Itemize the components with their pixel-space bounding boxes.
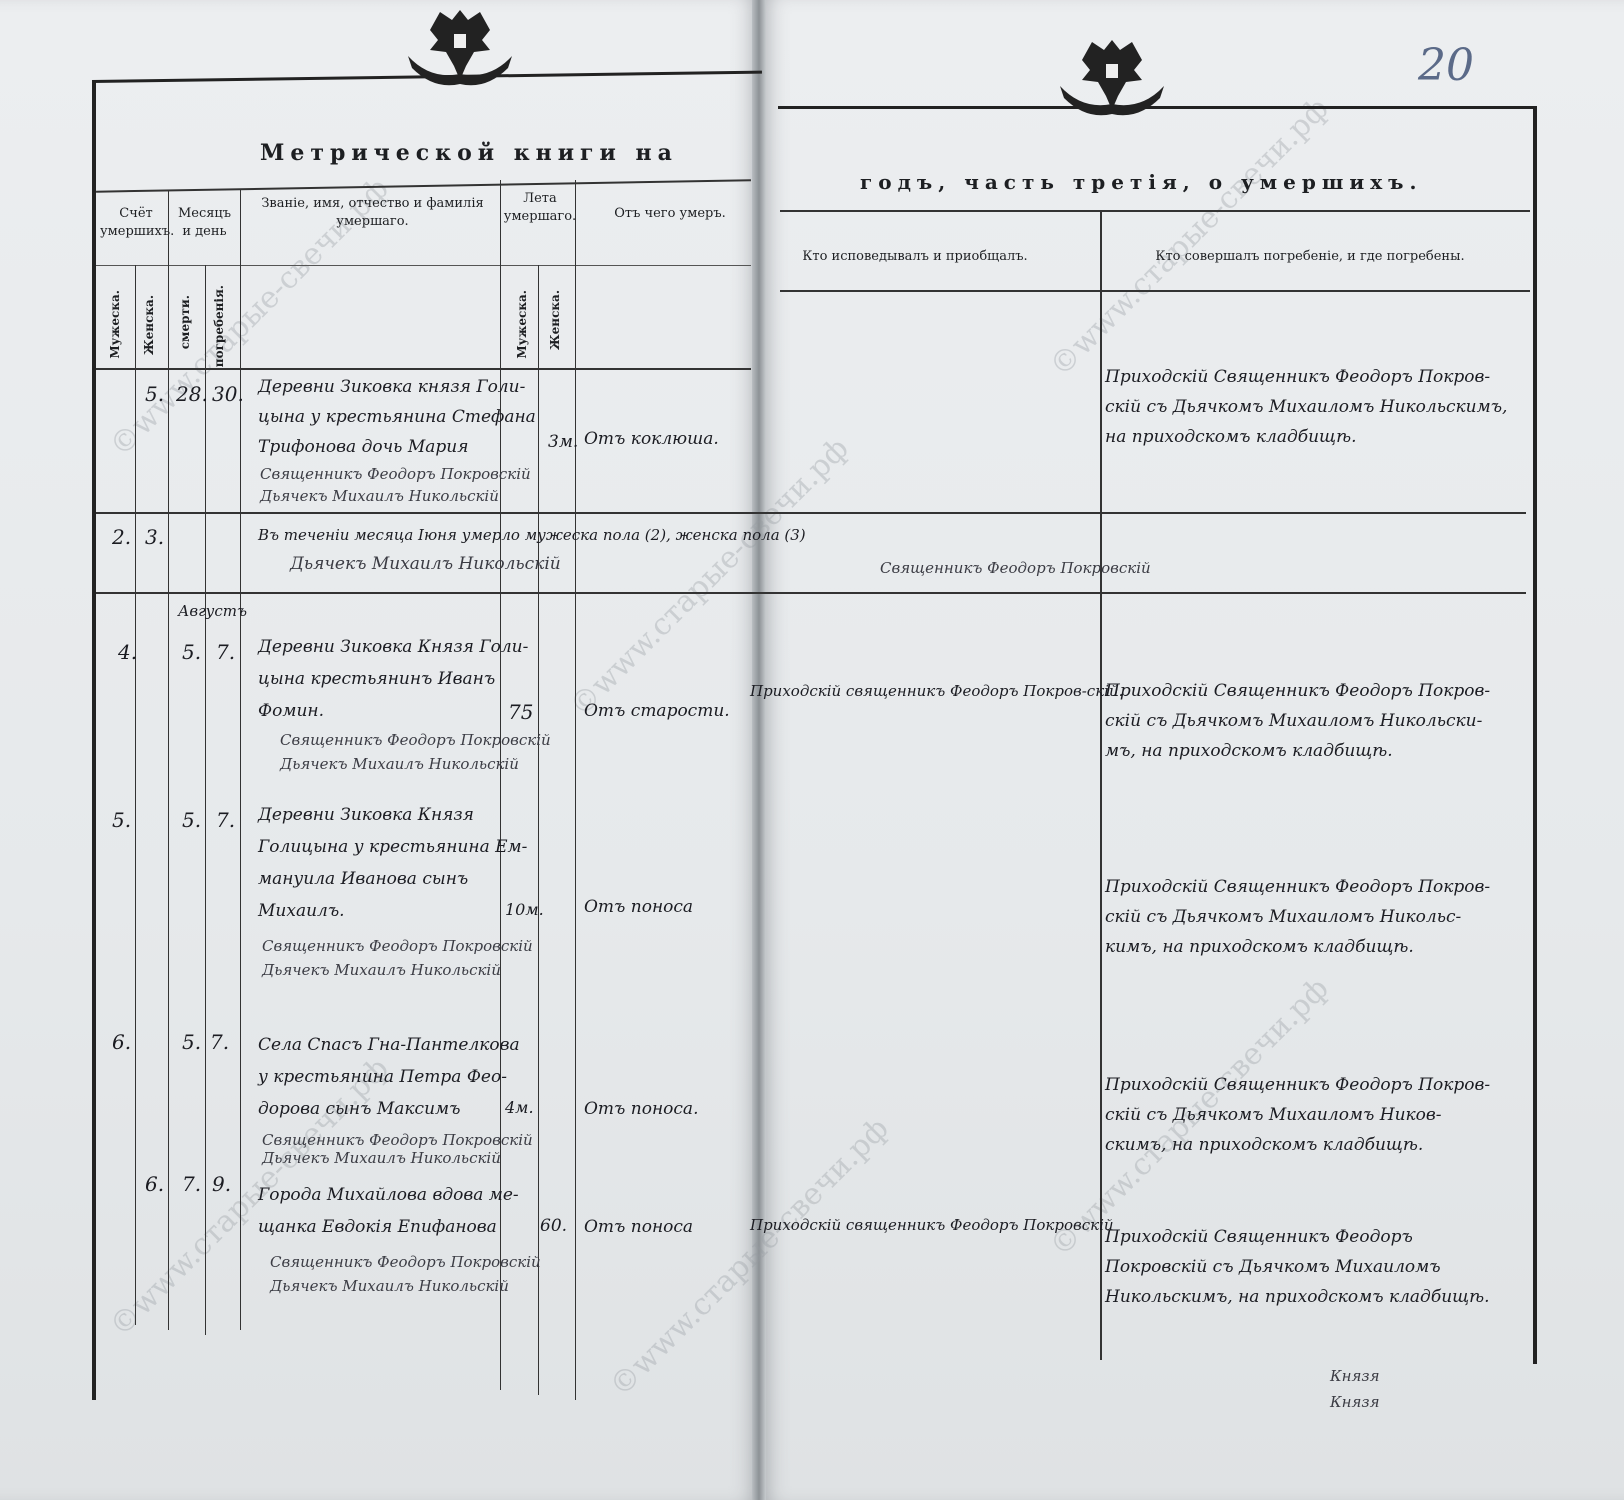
right-page-title: годъ, часть третія, о умершихъ. — [860, 170, 1422, 194]
burial-by: на приходскомъ кладбищѣ. — [1105, 422, 1356, 452]
burial-by: Никольскимъ, на приходскомъ кладбищѣ. — [1105, 1282, 1490, 1312]
signature: Дьячекъ Михаилъ Никольскій — [260, 484, 499, 508]
left-page-title: Метрической книги на — [260, 140, 678, 166]
signature: Священникъ Феодоръ Покровскій — [270, 1250, 541, 1274]
cause-of-death: Отъ коклюша. — [584, 424, 719, 454]
double-headed-eagle-emblem-icon — [1052, 30, 1172, 120]
cause-of-death: Отъ поноса — [584, 892, 693, 922]
count-female: 3. — [145, 525, 164, 549]
burial-day: 7. — [216, 808, 235, 832]
burial-by: Приходскій Священникъ Феодоръ Покров- — [1105, 362, 1490, 392]
signature: Дьячекъ Михаилъ Никольскій — [270, 1274, 509, 1298]
burial-by: Приходскій Священникъ Феодоръ Покров- — [1105, 872, 1490, 902]
deceased-name: цына у крестьянина Стефана — [258, 402, 536, 432]
margin-note: Князя — [1330, 1364, 1380, 1388]
burial-by: Приходскій Священникъ Феодоръ — [1105, 1222, 1413, 1252]
header-cause: Отъ чего умеръ. — [585, 205, 755, 223]
signature: Священникъ Феодоръ Покровскій — [262, 934, 533, 958]
deceased-name: мануила Иванова сынъ — [258, 864, 468, 894]
death-day: 7. — [182, 1172, 201, 1196]
header-age-female: Женска. — [548, 290, 562, 350]
count-male: 6. — [112, 1030, 131, 1054]
header-bottom-rule — [96, 368, 751, 370]
column-divider — [575, 180, 576, 1400]
cause-of-death: Отъ поноса. — [584, 1094, 698, 1124]
header-confessor: Кто исповедывалъ и приобщалъ. — [790, 248, 1040, 266]
column-divider — [168, 190, 169, 1330]
signature: Священникъ Феодоръ Покровскій — [280, 728, 551, 752]
right-header-bottom-rule — [780, 290, 1530, 292]
header-burial-by: Кто совершалъ погребеніе, и где погребен… — [1110, 248, 1510, 266]
deceased-name: Села Спасъ Гна-Пантелкова — [258, 1030, 520, 1060]
column-divider — [135, 265, 136, 1325]
burial-day: 9. — [212, 1172, 231, 1196]
deceased-name: цына крестьянинъ Иванъ — [258, 664, 495, 694]
header-age: Лета умершаго. — [500, 190, 580, 226]
burial-by: скій съ Дьячкомъ Михаиломъ Никольс- — [1105, 902, 1461, 932]
deceased-name: Деревни Зиковка Князя — [258, 800, 474, 830]
signature: Дьячекъ Михаилъ Никольскій — [280, 752, 519, 776]
header-count-female: Женска. — [142, 295, 156, 355]
deceased-name: Деревни Зиковка князя Голи- — [258, 372, 525, 402]
header-count-male: Мужеска. — [108, 290, 122, 359]
double-headed-eagle-emblem-icon — [400, 0, 520, 90]
age-male: 4м. — [505, 1098, 534, 1117]
burial-day: 7. — [210, 1030, 229, 1054]
header-age-male: Мужеска. — [515, 290, 529, 359]
death-day: 5. — [182, 1030, 201, 1054]
burial-by: Покровскій съ Дьячкомъ Михаиломъ — [1105, 1252, 1441, 1282]
header-month-day: Месяцъ и день — [172, 205, 237, 241]
burial-by: Приходскій Священникъ Феодоръ Покров- — [1105, 1070, 1490, 1100]
deceased-name: дорова сынъ Максимъ — [258, 1094, 460, 1124]
page-number: 20 — [1418, 40, 1474, 91]
burial-day: 30. — [212, 382, 244, 406]
signature: Священникъ Феодоръ Покровскій — [260, 462, 531, 486]
death-day: 5. — [182, 808, 201, 832]
cause-of-death: Отъ поноса — [584, 1212, 693, 1242]
header-count: Счёт умершихъ. — [100, 205, 172, 241]
burial-by: кимъ, на приходскомъ кладбищѣ. — [1105, 932, 1414, 962]
burial-by: скій съ Дьячкомъ Михаиломъ Ников- — [1105, 1100, 1442, 1130]
header-mid-rule — [96, 265, 751, 266]
count-female: 6. — [145, 1172, 164, 1196]
column-divider — [538, 265, 539, 1395]
month-summary: Въ теченіи месяца Іюня умерло мужеска по… — [258, 520, 806, 550]
deceased-name: Города Михайлова вдова ме- — [258, 1180, 519, 1210]
deceased-name: у крестьянина Петра Фео- — [258, 1062, 507, 1092]
count-male: 2. — [112, 525, 131, 549]
age-male: 75 — [508, 700, 533, 724]
deceased-name: Деревни Зиковка Князя Голи- — [258, 632, 528, 662]
month-label: Августъ — [178, 596, 247, 626]
burial-day: 7. — [216, 640, 235, 664]
margin-note: Князя — [1330, 1390, 1380, 1414]
row-separator — [96, 512, 1526, 514]
column-divider — [1100, 210, 1102, 1360]
confessor: Приходскій священникъ Феодоръ Покровскій — [750, 1210, 1114, 1240]
signature: Дьячекъ Михаилъ Никольскій — [262, 1146, 501, 1170]
header-name: Званіе, имя, отчество и фамилія умершаго… — [245, 195, 500, 231]
death-day: 5. — [182, 640, 201, 664]
column-divider — [205, 265, 206, 1335]
count-male: 5. — [112, 808, 131, 832]
deceased-name: Трифонова дочь Мария — [258, 432, 468, 462]
deceased-name: Фомин. — [258, 696, 324, 726]
count-female: 5. — [145, 382, 164, 406]
count-male: 4. — [118, 640, 137, 664]
confessor: Приходскій священникъ Феодоръ Покров-скі… — [750, 676, 1123, 706]
signature: Священникъ Феодоръ Покровскій — [880, 556, 1151, 580]
burial-by: скимъ, на приходскомъ кладбищѣ. — [1105, 1130, 1423, 1160]
row-separator — [96, 592, 1526, 594]
deceased-name: Голицына у крестьянина Ем- — [258, 832, 527, 862]
column-divider — [240, 190, 241, 1330]
age-female: 3м. — [548, 432, 578, 452]
burial-by: Приходскій Священникъ Феодоръ Покров- — [1105, 676, 1490, 706]
death-day: 28. — [176, 382, 208, 406]
age-female: 60. — [540, 1216, 567, 1236]
signature: Дьячекъ Михаилъ Никольскій — [262, 958, 501, 982]
right-header-top-rule — [780, 210, 1530, 212]
burial-by: скій съ Дьячкомъ Михаиломъ Никольскимъ, — [1105, 392, 1507, 422]
header-death: смерти. — [178, 295, 192, 349]
burial-by: скій съ Дьячкомъ Михаиломъ Никольски- — [1105, 706, 1482, 736]
deceased-name: Михаилъ. — [258, 896, 345, 926]
header-burial: погребенія. — [212, 285, 226, 367]
signature: Дьячекъ Михаилъ Никольскій — [290, 552, 561, 576]
burial-by: мъ, на приходскомъ кладбищѣ. — [1105, 736, 1393, 766]
age-male: 10м. — [505, 900, 544, 919]
deceased-name: щанка Евдокія Епифанова — [258, 1212, 497, 1242]
cause-of-death: Отъ старости. — [584, 696, 730, 726]
